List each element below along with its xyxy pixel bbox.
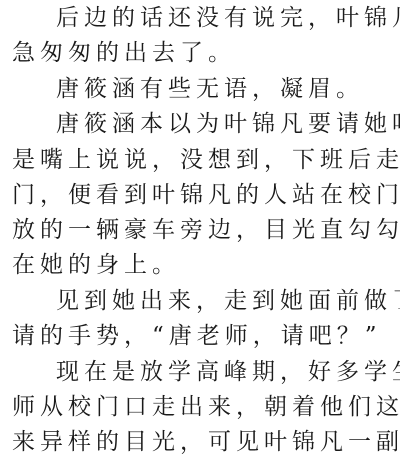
text-line: 来异样的目光，可见叶锦凡一副你不: [12, 425, 400, 460]
text-line: 现在是放学高峰期，好多学生和老: [56, 355, 400, 390]
text-line: 唐筱涵本以为叶锦凡要请她吃饭只: [56, 107, 400, 142]
text-line: 急匆匆的出去了。: [12, 36, 236, 71]
text-line: 唐筱涵有些无语，凝眉。: [56, 72, 364, 107]
text-line: 师从校门口走出来，朝着他们这边投: [12, 390, 400, 425]
text-line: 放的一辆豪车旁边，目光直勾勾的落: [12, 213, 400, 248]
text-line: 门，便看到叶锦凡的人站在校门口停: [12, 178, 400, 213]
text-line: 是嘴上说说，没想到，下班后走出校: [12, 143, 400, 178]
text-line: 见到她出来，走到她面前做了一个: [56, 284, 400, 319]
text-line: 请的手势，“唐老师，请吧？”: [12, 319, 382, 354]
text-line: 在她的身上。: [12, 248, 180, 283]
text-line: 后边的话还没有说完，叶锦凡已经: [56, 1, 400, 36]
